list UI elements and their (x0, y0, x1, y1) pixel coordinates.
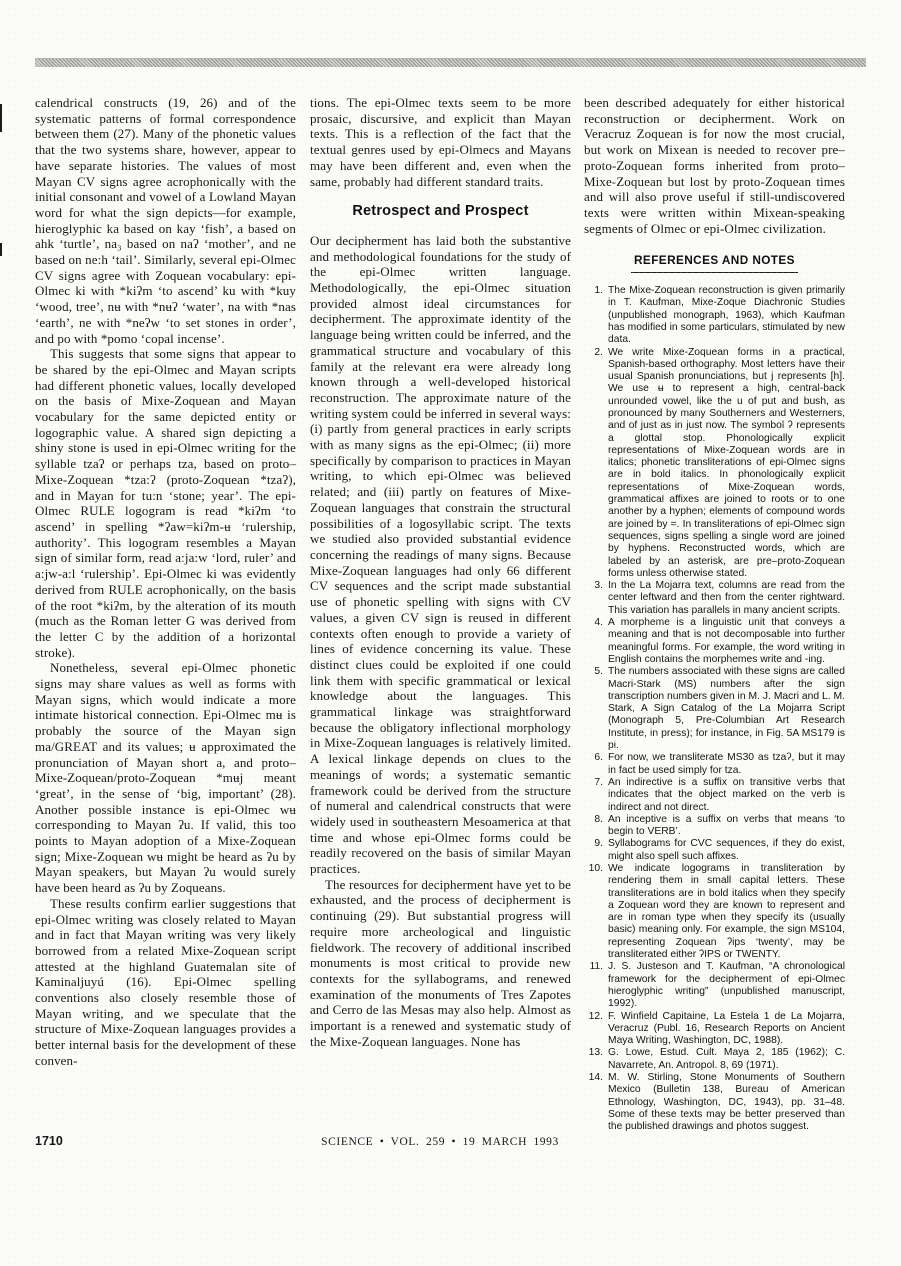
reference-number: 12. (584, 1011, 608, 1048)
section-heading: Retrospect and Prospect (310, 204, 571, 220)
column-3: been described adequately for either his… (584, 95, 845, 1138)
scan-artifact-mark (0, 104, 2, 132)
reference-text: For now, we transliterate MS30 as tzaʔ, … (608, 752, 845, 777)
reference-text: Syllabograms for CVC sequences, if they … (608, 838, 845, 863)
reference-text: F. Winfield Capitaine, La Estela 1 de La… (608, 1011, 845, 1048)
reference-item: 14. M. W. Stirling, Stone Monuments of S… (584, 1072, 845, 1133)
reference-item: 13. G. Lowe, Estud. Cult. Maya 2, 185 (1… (584, 1047, 845, 1072)
reference-number: 6. (584, 752, 608, 777)
body-paragraph: calendrical constructs (19, 26) and of t… (35, 95, 296, 346)
reference-item: 8. An inceptive is a suffix on verbs tha… (584, 814, 845, 839)
reference-number: 14. (584, 1072, 608, 1133)
page-number: 1710 (35, 1134, 63, 1148)
reference-number: 2. (584, 347, 608, 581)
reference-number: 5. (584, 666, 608, 752)
reference-item: 5. The numbers associated with these sig… (584, 666, 845, 752)
reference-item: 2. We write Mixe-Zoquean forms in a prac… (584, 347, 845, 581)
reference-text: We write Mixe-Zoquean forms in a practic… (608, 347, 845, 581)
reference-number: 7. (584, 777, 608, 814)
reference-text: In the La Mojarra text, columns are read… (608, 580, 845, 617)
reference-text: An inceptive is a suffix on verbs that m… (608, 814, 845, 839)
references-list: 1. The Mixe-Zoquean reconstruction is gi… (584, 285, 845, 1133)
reference-text: We indicate logograms in transliteration… (608, 863, 845, 961)
reference-item: 10. We indicate logograms in translitera… (584, 863, 845, 961)
reference-text: The numbers associated with these signs … (608, 666, 845, 752)
body-paragraph: been described adequately for either his… (584, 95, 845, 236)
reference-number: 1. (584, 285, 608, 346)
references-heading: REFERENCES AND NOTES (584, 252, 845, 273)
journal-footer: SCIENCE • VOL. 259 • 19 MARCH 1993 (300, 1136, 580, 1148)
column-2: tions. The epi-Olmec texts seem to be mo… (310, 95, 571, 1138)
reference-text: M. W. Stirling, Stone Monuments of South… (608, 1072, 845, 1133)
journal-page: calendrical constructs (19, 26) and of t… (0, 0, 901, 1266)
body-paragraph: This suggests that some signs that appea… (35, 346, 296, 660)
reference-number: 11. (584, 961, 608, 1010)
references-heading-label: REFERENCES AND NOTES (631, 253, 798, 273)
reference-text: G. Lowe, Estud. Cult. Maya 2, 185 (1962)… (608, 1047, 845, 1072)
reference-text: The Mixe-Zoquean reconstruction is given… (608, 285, 845, 346)
reference-item: 12. F. Winfield Capitaine, La Estela 1 d… (584, 1011, 845, 1048)
body-paragraph: Our decipherment has laid both the subst… (310, 233, 571, 877)
reference-item: 6. For now, we transliterate MS30 as tza… (584, 752, 845, 777)
reference-text: J. S. Justeson and T. Kaufman, “A chrono… (608, 961, 845, 1010)
reference-number: 3. (584, 580, 608, 617)
reference-item: 9. Syllabograms for CVC sequences, if th… (584, 838, 845, 863)
reference-item: 3. In the La Mojarra text, columns are r… (584, 580, 845, 617)
reference-number: 4. (584, 617, 608, 666)
reference-item: 4. A morpheme is a linguistic unit that … (584, 617, 845, 666)
scan-artifact-mark (0, 243, 2, 256)
reference-item: 7. An indirective is a suffix on transit… (584, 777, 845, 814)
reference-number: 8. (584, 814, 608, 839)
reference-text: A morpheme is a linguistic unit that con… (608, 617, 845, 666)
top-rule (35, 58, 866, 67)
reference-number: 13. (584, 1047, 608, 1072)
column-1: calendrical constructs (19, 26) and of t… (35, 95, 296, 1138)
reference-number: 9. (584, 838, 608, 863)
reference-number: 10. (584, 863, 608, 961)
body-paragraph: tions. The epi-Olmec texts seem to be mo… (310, 95, 571, 189)
reference-item: 11. J. S. Justeson and T. Kaufman, “A ch… (584, 961, 845, 1010)
body-paragraph: These results confirm earlier suggestion… (35, 896, 296, 1069)
reference-item: 1. The Mixe-Zoquean reconstruction is gi… (584, 285, 845, 346)
reference-text: An indirective is a suffix on transitive… (608, 777, 845, 814)
body-paragraph: Nonetheless, several epi-Olmec phonetic … (35, 660, 296, 896)
body-paragraph: The resources for decipherment have yet … (310, 877, 571, 1050)
